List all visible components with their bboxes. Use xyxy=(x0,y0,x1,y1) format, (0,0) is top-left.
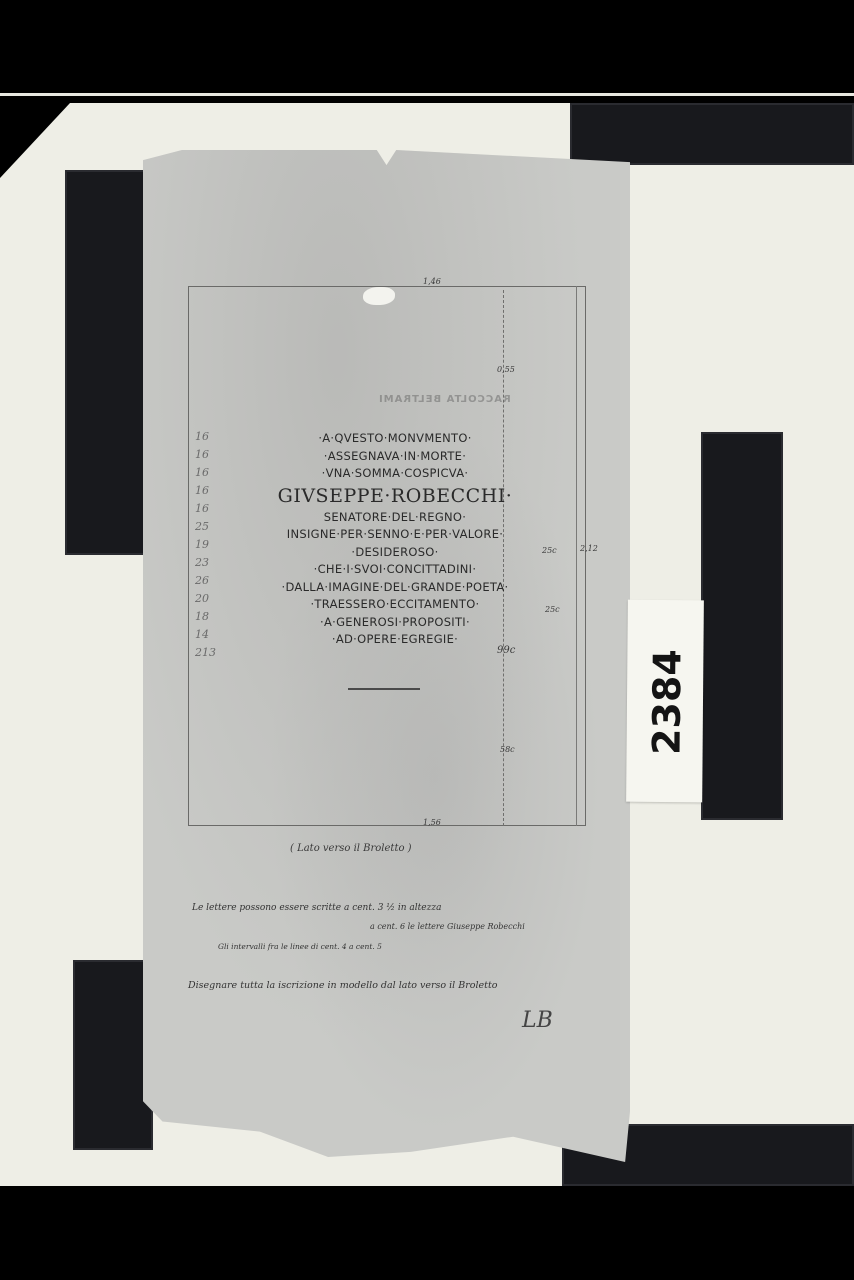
inscription-line: ·ASSEGNAVA·IN·MORTE· xyxy=(230,448,560,466)
black-mounting-strip-left-upper xyxy=(65,170,147,555)
inscription-line: ·AD·OPERE·EGREGIE· xyxy=(230,631,560,649)
catalog-label-card: 2384 xyxy=(626,600,704,803)
inscription-line: ·VNA·SOMMA·COSPICVA· xyxy=(230,465,560,483)
note-line-1: Le lettere possono essere scritte a cent… xyxy=(192,903,441,913)
black-mounting-strip-top-right xyxy=(570,103,854,165)
inscription-line: SENATORE·DEL·REGNO· xyxy=(230,509,560,527)
frame-border-line xyxy=(0,93,854,96)
dim-total-height: 2,12 xyxy=(580,544,598,553)
note-line-4: Disegnare tutta la iscrizione in modello… xyxy=(188,980,498,991)
inscription-line: ·A·QVESTO·MONVMENTO· xyxy=(230,430,560,448)
inner-right-guide xyxy=(576,286,577,826)
catalog-number: 2384 xyxy=(644,632,689,772)
black-mounting-strip-left-lower xyxy=(73,960,153,1150)
dim-width-top: 1,46 xyxy=(423,277,441,286)
inscription-underline xyxy=(348,688,420,690)
note-line-3: Gli intervalli fra le linee di cent. 4 a… xyxy=(218,942,382,951)
inscription-line: INSIGNE·PER·SENNO·E·PER·VALORE· xyxy=(230,526,560,544)
inscription-line: ·A·GENEROSI·PROPOSITI· xyxy=(230,614,560,632)
signature-initials: LB xyxy=(522,1008,553,1033)
inscription-line: ·CHE·I·SVOI·CONCITTADINI· xyxy=(230,561,560,579)
inscription-text: ·A·QVESTO·MONVMENTO· ·ASSEGNAVA·IN·MORTE… xyxy=(230,430,560,649)
inscription-line: ·DESIDEROSO· xyxy=(230,544,560,562)
dim-top-margin: 0,55 xyxy=(497,365,515,374)
caption-broletto-side: ( Lato verso il Broletto ) xyxy=(290,843,412,854)
board-corner-shadow xyxy=(0,103,70,178)
margin-line-heights: 161616 161625 192326 201814 213 xyxy=(195,428,219,662)
mirrored-collection-stamp: RACCOLTA BELTRAMI xyxy=(378,394,511,405)
inscription-name-line: GIVSEPPE·ROBECCHI· xyxy=(230,483,560,509)
inscription-line: ·DALLA·IMAGINE·DEL·GRANDE·POETA· xyxy=(230,579,560,597)
black-mounting-strip-right xyxy=(701,432,783,820)
inscription-line: ·TRAESSERO·ECCITAMENTO· xyxy=(230,596,560,614)
note-line-2: a cent. 6 le lettere Giuseppe Robecchi xyxy=(370,922,525,931)
dim-width-bottom: 1,56 xyxy=(423,818,441,827)
dim-bottom-margin: 58c xyxy=(500,745,515,754)
